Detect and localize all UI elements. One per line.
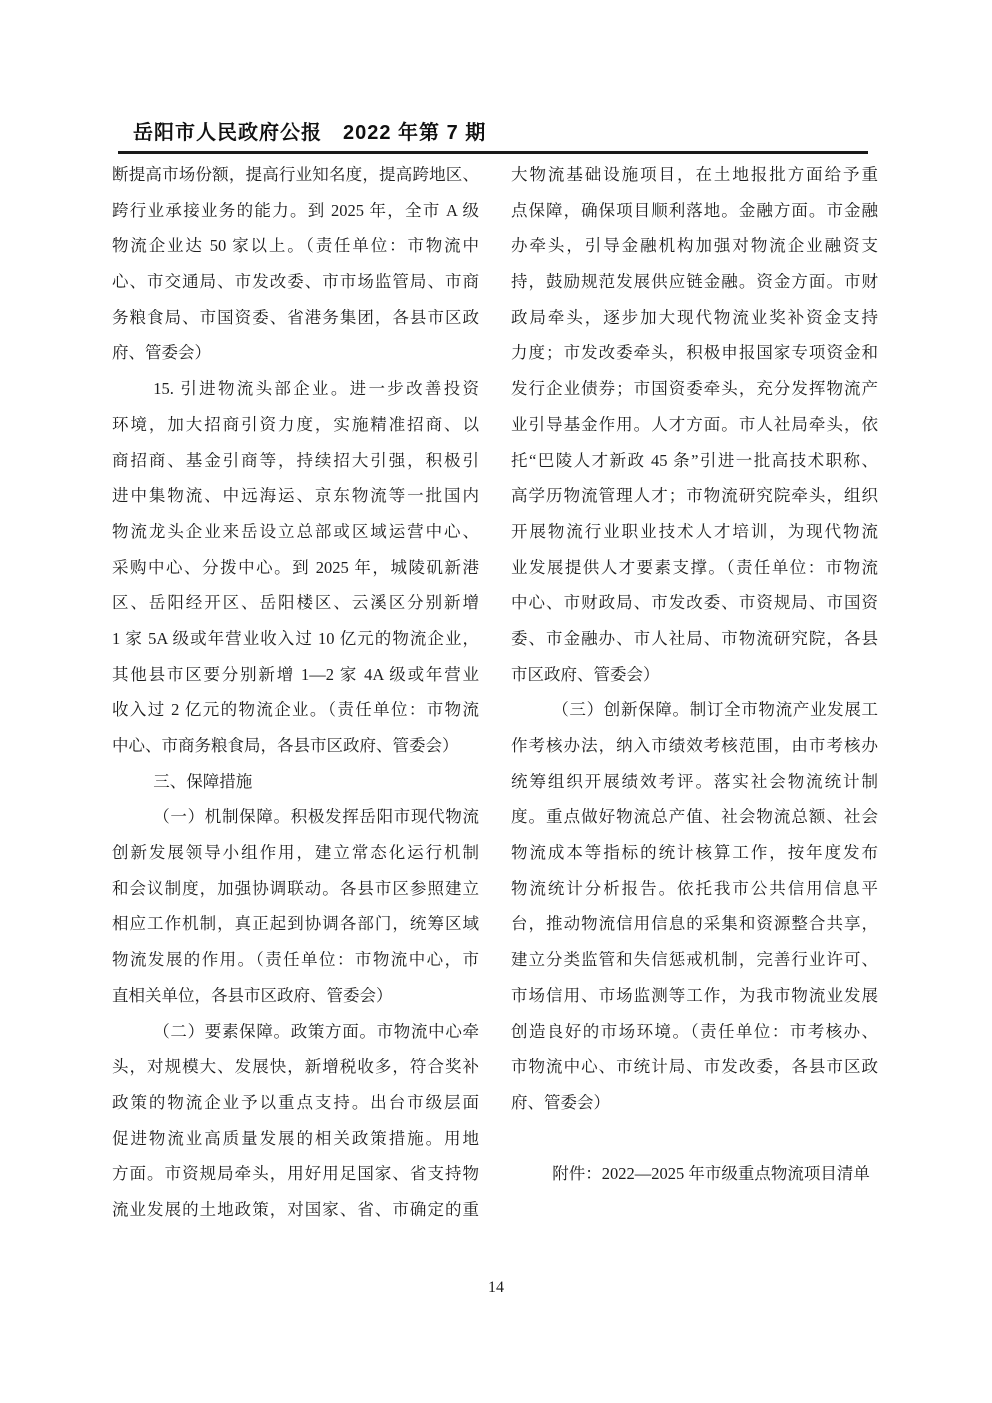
text-line: 办牵头，引导金融机构加强对物流企业融资支: [511, 228, 878, 264]
text-line: 跨行业承接业务的能力。到 2025 年，全市 A 级: [112, 193, 479, 229]
text-line: 建立分类监管和失信惩戒机制，完善行业许可、: [511, 942, 878, 978]
text-line: 物流成本等指标的统计核算工作，按年度发布: [511, 835, 878, 871]
text-line: 和会议制度，加强协调联动。各县市区参照建立: [112, 871, 479, 907]
text-line: 三、保障措施: [112, 764, 479, 800]
text-line: 府、管委会）: [112, 335, 479, 371]
text-line: 区、岳阳经开区、岳阳楼区、云溪区分别新增: [112, 585, 479, 621]
text-line: 物流龙头企业来岳设立总部或区域运营中心、: [112, 514, 479, 550]
text-line: 作考核办法，纳入市绩效考核范围，由市考核办: [511, 728, 878, 764]
text-line: 创造良好的市场环境。（责任单位：市考核办、: [511, 1014, 878, 1050]
text-line: 开展物流行业职业技术人才培训，为现代物流: [511, 514, 878, 550]
text-line: 台，推动物流信用信息的采集和资源整合共享，: [511, 906, 878, 942]
text-line: 物流统计分析报告。依托我市公共信用信息平: [511, 871, 878, 907]
text-line: （一）机制保障。积极发挥岳阳市现代物流: [112, 799, 479, 835]
text-line: 相应工作机制，真正起到协调各部门，统筹区域: [112, 906, 479, 942]
text-line: 流业发展的土地政策，对国家、省、市确定的重: [112, 1192, 479, 1228]
text-line: 直相关单位，各县市区政府、管委会）: [112, 978, 479, 1014]
text-line: 市物流中心、市统计局、市发改委，各县市区政: [511, 1049, 878, 1085]
text-line: 商招商、基金引商等，持续招大引强，积极引: [112, 443, 479, 479]
text-line: 方面。市资规局牵头，用好用足国家、省支持物: [112, 1156, 479, 1192]
text-line: 委、市金融办、市人社局、市物流研究院，各县: [511, 621, 878, 657]
text-line: 市场信用、市场监测等工作，为我市物流业发展: [511, 978, 878, 1014]
text-line: （二）要素保障。政策方面。市物流中心牵: [112, 1014, 479, 1050]
text-line: 环境，加大招商引资力度，实施精准招商、以: [112, 407, 479, 443]
text-line: 附件：2022—2025 年市级重点物流项目清单: [511, 1156, 878, 1192]
text-line: 度。重点做好物流总产值、社会物流总额、社会: [511, 799, 878, 835]
text-line: 发行企业债券；市国资委牵头，充分发挥物流产: [511, 371, 878, 407]
text-line: 力度；市发改委牵头，积极申报国家专项资金和: [511, 335, 878, 371]
text-line: 统筹组织开展绩效考评。落实社会物流统计制: [511, 764, 878, 800]
left-column: 断提高市场份额，提高行业知名度，提高跨地区、跨行业承接业务的能力。到 2025 …: [112, 157, 479, 1228]
text-line: 业引导基金作用。人才方面。市人社局牵头，依: [511, 407, 878, 443]
right-column: 大物流基础设施项目，在土地报批方面给予重点保障，确保项目顺利落地。金融方面。市金…: [511, 157, 878, 1228]
text-line: 头，对规模大、发展快，新增税收多，符合奖补: [112, 1049, 479, 1085]
text-line: 进中集物流、中远海运、京东物流等一批国内: [112, 478, 479, 514]
text-line: 创新发展领导小组作用，建立常态化运行机制: [112, 835, 479, 871]
text-line: 高学历物流管理人才；市物流研究院牵头，组织: [511, 478, 878, 514]
text-line: 1 家 5A 级或年营业收入过 10 亿元的物流企业，: [112, 621, 479, 657]
text-line: （三）创新保障。制订全市物流产业发展工: [511, 692, 878, 728]
blank-line: [511, 1121, 878, 1157]
text-line: 点保障，确保项目顺利落地。金融方面。市金融: [511, 193, 878, 229]
text-line: 持，鼓励规范发展供应链金融。资金方面。市财: [511, 264, 878, 300]
text-line: 收入过 2 亿元的物流企业。（责任单位：市物流: [112, 692, 479, 728]
gazette-header-title: 岳阳市人民政府公报 2022 年第 7 期: [133, 120, 486, 146]
text-line: 心、市交通局、市发改委、市市场监管局、市商: [112, 264, 479, 300]
text-line: 促进物流业高质量发展的相关政策措施。用地: [112, 1121, 479, 1157]
text-line: 务粮食局、市国资委、省港务集团，各县市区政: [112, 300, 479, 336]
content-columns: 断提高市场份额，提高行业知名度，提高跨地区、跨行业承接业务的能力。到 2025 …: [112, 157, 878, 1228]
text-line: 中心、市商务粮食局，各县市区政府、管委会）: [112, 728, 479, 764]
text-line: 政局牵头，逐步加大现代物流业奖补资金支持: [511, 300, 878, 336]
header-rule: [118, 151, 868, 154]
text-line: 中心、市财政局、市发改委、市资规局、市国资: [511, 585, 878, 621]
text-line: 大物流基础设施项目，在土地报批方面给予重: [511, 157, 878, 193]
document-page: 岳阳市人民政府公报 2022 年第 7 期 断提高市场份额，提高行业知名度，提高…: [0, 0, 992, 1403]
text-line: 业发展提供人才要素支撑。（责任单位：市物流: [511, 550, 878, 586]
page-number: 14: [0, 1279, 992, 1297]
text-line: 托“巴陵人才新政 45 条”引进一批高技术职称、: [511, 443, 878, 479]
text-line: 政策的物流企业予以重点支持。出台市级层面: [112, 1085, 479, 1121]
text-line: 15. 引进物流头部企业。进一步改善投资: [112, 371, 479, 407]
text-line: 采购中心、分拨中心。到 2025 年，城陵矶新港: [112, 550, 479, 586]
text-line: 物流发展的作用。（责任单位：市物流中心，市: [112, 942, 479, 978]
text-line: 断提高市场份额，提高行业知名度，提高跨地区、: [112, 157, 479, 193]
text-line: 其他县市区要分别新增 1—2 家 4A 级或年营业: [112, 657, 479, 693]
text-line: 物流企业达 50 家以上。（责任单位：市物流中: [112, 228, 479, 264]
text-line: 市区政府、管委会）: [511, 657, 878, 693]
text-line: 府、管委会）: [511, 1085, 878, 1121]
